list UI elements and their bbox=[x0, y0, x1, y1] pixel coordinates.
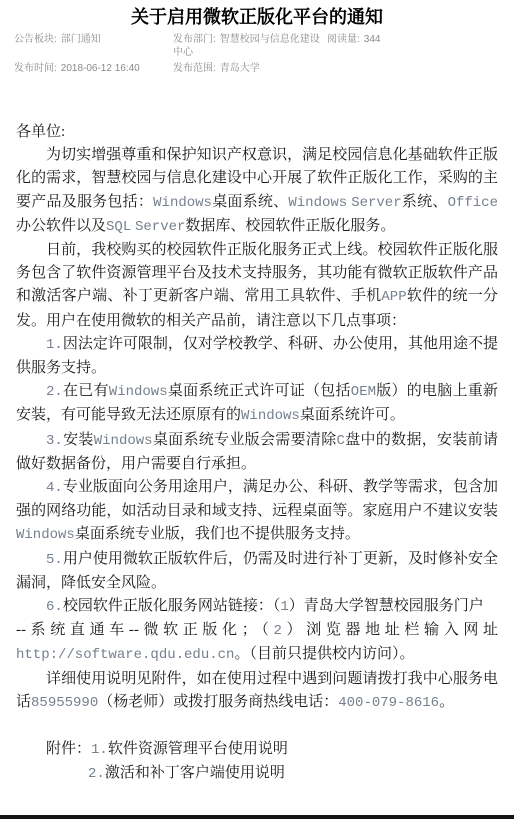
meta-reads: 阅读量:344 bbox=[327, 33, 500, 59]
paragraph-item-3: 3.安装Windows桌面系统专业版会需要清除C盘中的数据，安装前请做好数据备份… bbox=[16, 429, 498, 476]
notice-page: 关于启用微软正版化平台的通知 公告板块:部门通知 发布部门:智慧校园与信息化建设… bbox=[0, 0, 514, 821]
paragraph-launch: 日前，我校购买的校园软件正版化服务正式上线。校园软件正版化服务包含了软件资源管理… bbox=[16, 239, 498, 333]
attachment-item-1: 1.软件资源管理平台使用说明 bbox=[91, 741, 288, 757]
meta-dept-label: 发布部门: bbox=[173, 34, 216, 45]
paragraph-contact: 详细使用说明见附件，如在使用过程中遇到问题请拨打我中心服务电话85955990（… bbox=[16, 668, 498, 715]
paragraph-item-4: 4.专业版面向公务用途用户，满足办公、科研、教学等需求，包含加强的网络功能，如活… bbox=[16, 476, 498, 548]
notice-meta: 公告板块:部门通知 发布部门:智慧校园与信息化建设中心 阅读量:344 发布时间… bbox=[0, 33, 514, 75]
paragraph-item-2: 2.在已有Windows桌面系统正式许可证（包括OEM版）的电脑上重新安装，有可… bbox=[16, 380, 498, 428]
meta-spacer bbox=[327, 62, 500, 75]
salutation: 各单位: bbox=[16, 121, 498, 144]
meta-time-label: 发布时间: bbox=[14, 63, 57, 74]
meta-time: 发布时间:2018-06-12 16:40 bbox=[14, 62, 173, 75]
attachment-line-1: 附件：1.软件资源管理平台使用说明 bbox=[16, 738, 498, 762]
paragraph-item-6: 6.校园软件正版化服务网站链接：（1）青岛大学智慧校园服务门户--系统直通车--… bbox=[16, 595, 498, 668]
meta-dept: 发布部门:智慧校园与信息化建设中心 bbox=[173, 33, 327, 59]
meta-scope-label: 发布范围: bbox=[173, 63, 216, 74]
attachments-label: 附件： bbox=[46, 741, 91, 757]
notice-body: 各单位: 为切实增强尊重和保护知识产权意识，满足校园信息化基础软件正版化的需求，… bbox=[0, 121, 514, 786]
meta-board-label: 公告板块: bbox=[14, 34, 57, 45]
meta-scope: 发布范围:青岛大学 bbox=[173, 62, 327, 75]
paragraph-item-5: 5.用户使用微软正版软件后，仍需及时进行补丁更新，及时修补安全漏洞，降低安全风险… bbox=[16, 548, 498, 595]
paragraph-intro: 为切实增强尊重和保护知识产权意识，满足校园信息化基础软件正版化的需求，智慧校园与… bbox=[16, 144, 498, 239]
page-title: 关于启用微软正版化平台的通知 bbox=[0, 7, 514, 28]
meta-board-value: 部门通知 bbox=[61, 34, 101, 45]
attachments-section: 附件：1.软件资源管理平台使用说明 2.激活和补丁客户端使用说明 bbox=[16, 738, 498, 786]
paragraph-item-1: 1.因法定许可限制，仅对学校教学、科研、办公使用，其他用途不提供服务支持。 bbox=[16, 333, 498, 380]
meta-time-value: 2018-06-12 16:40 bbox=[61, 63, 140, 74]
attachment-item-2: 2.激活和补丁客户端使用说明 bbox=[16, 762, 498, 786]
meta-board: 公告板块:部门通知 bbox=[14, 33, 173, 59]
meta-reads-value: 344 bbox=[364, 34, 381, 45]
meta-scope-value: 青岛大学 bbox=[220, 63, 260, 74]
meta-reads-label: 阅读量: bbox=[327, 34, 360, 45]
bottom-border-bar bbox=[0, 815, 514, 819]
